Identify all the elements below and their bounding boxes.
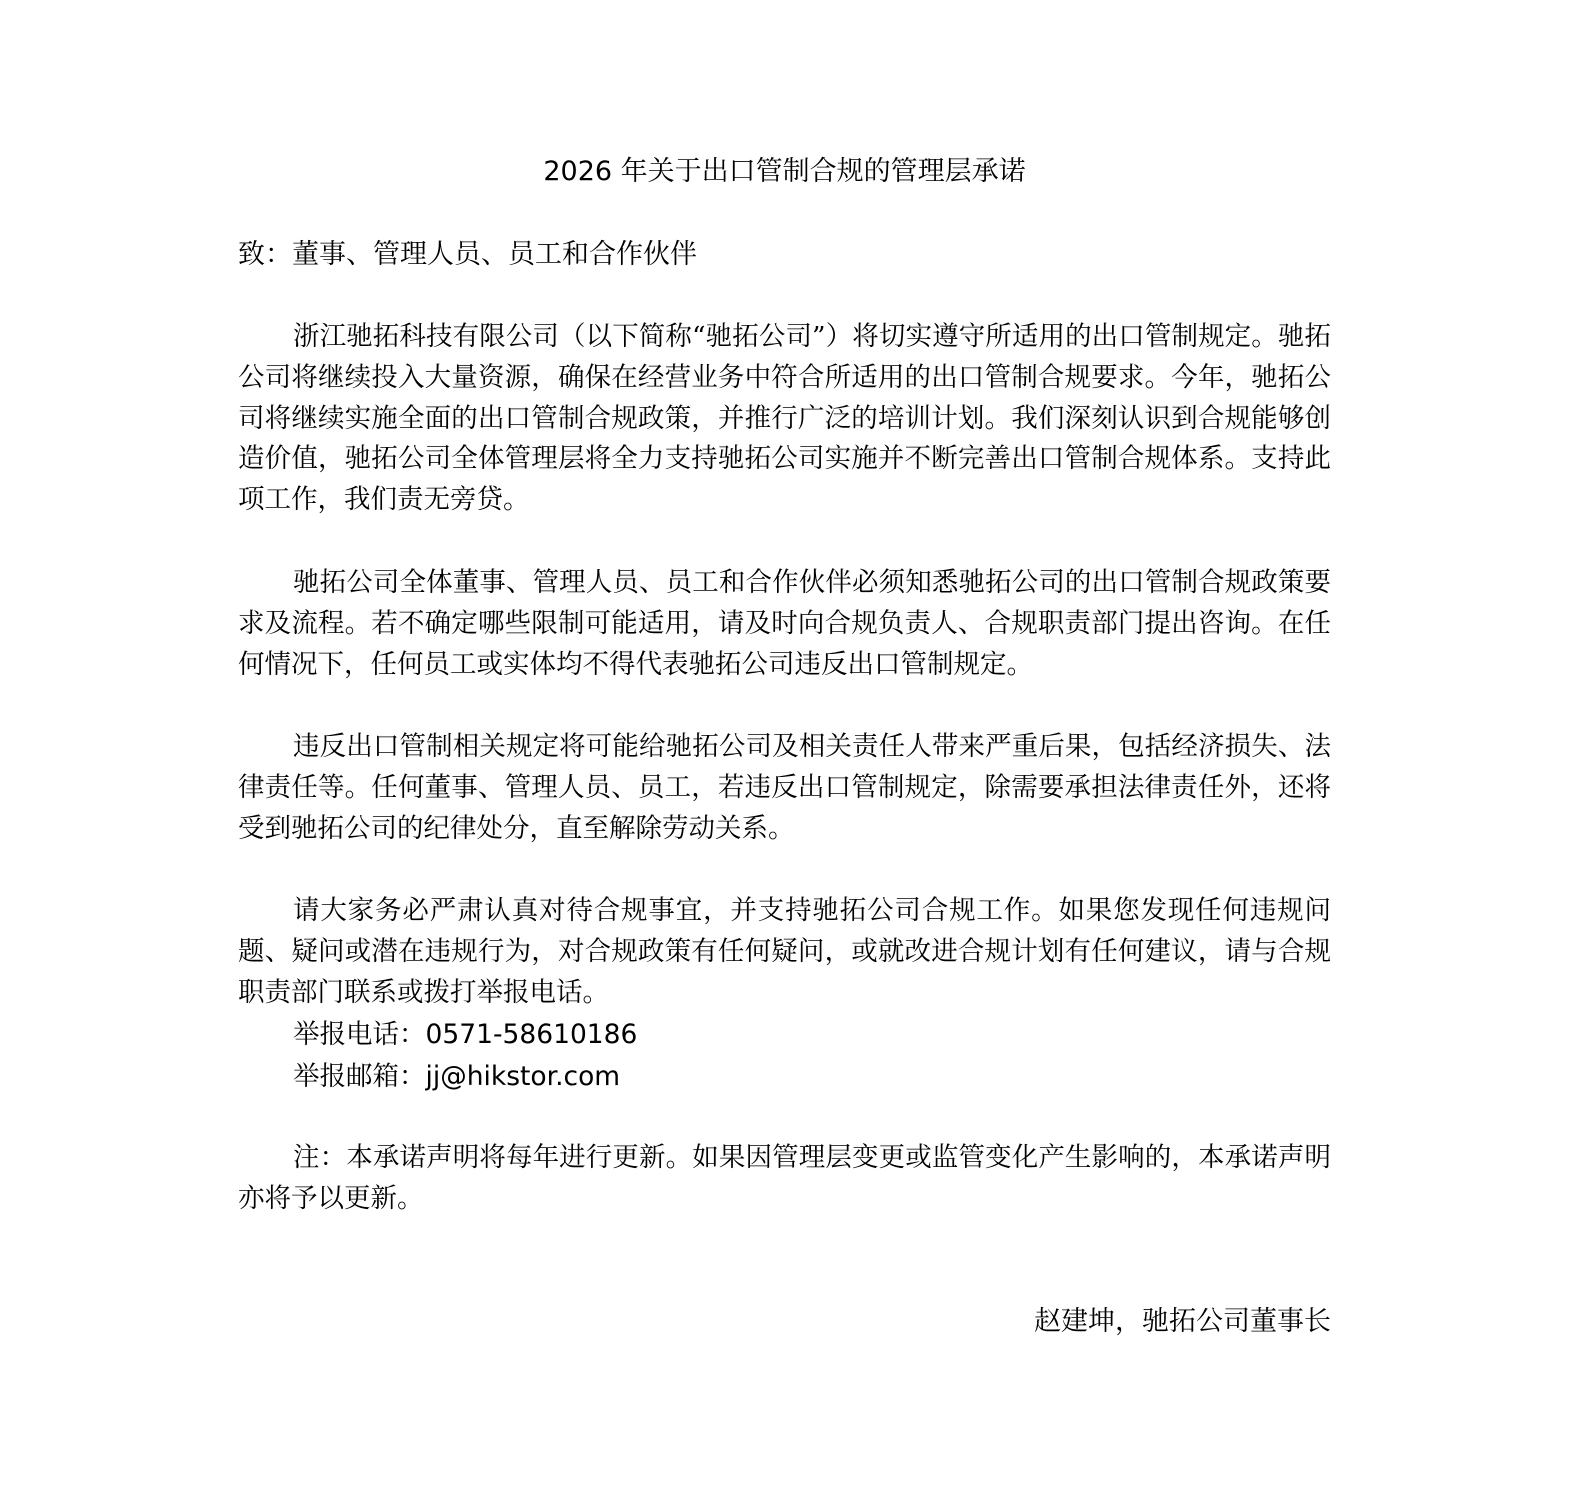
report-email: 举报邮箱：jj@hikstor.com [293,1057,620,1097]
report-phone-label: 举报电话： [293,1019,426,1050]
report-phone-value: 0571-58610186 [426,1019,638,1050]
paragraph-consequences: 违反出口管制相关规定将可能给驰拓公司及相关责任人带来严重后果，包括经济损失、法律… [238,727,1331,849]
report-email-value[interactable]: jj@hikstor.com [426,1061,621,1092]
paragraph-reporting: 请大家务必严肃认真对待合规事宜，并支持驰拓公司合规工作。如果您发现任何违规问题、… [238,891,1331,1013]
signature: 赵建坤，驰拓公司董事长 [1034,1302,1331,1342]
paragraph-awareness: 驰拓公司全体董事、管理人员、员工和合作伙伴必须知悉驰拓公司的出口管制合规政策要求… [238,563,1331,685]
paragraph-commitment: 浙江驰拓科技有限公司（以下简称“驰拓公司”）将切实遵守所适用的出口管制规定。驰拓… [238,317,1331,521]
addressee-line: 致：董事、管理人员、员工和合作伙伴 [238,235,1331,275]
paragraph-note: 注：本承诺声明将每年进行更新。如果因管理层变更或监管变化产生影响的，本承诺声明亦… [238,1138,1331,1220]
report-phone: 举报电话：0571-58610186 [293,1015,637,1055]
document-title: 2026 年关于出口管制合规的管理层承诺 [238,152,1331,192]
report-email-label: 举报邮箱： [293,1061,426,1092]
